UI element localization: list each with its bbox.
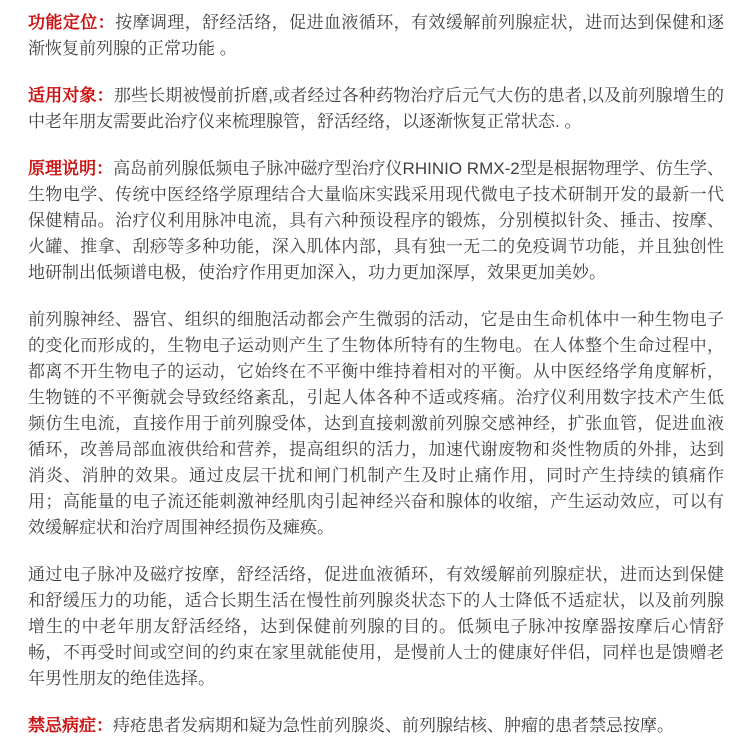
- section-text-target-users: 那些长期被慢前折磨,或者经过各种药物治疗后元气大伤的患者,以及前列腺增生的中老年…: [28, 86, 724, 131]
- section-bioelectric-mechanism: 前列腺神经、器官、组织的细胞活动都会产生微弱的活动，它是由生命机体中一种生物电子…: [28, 307, 724, 541]
- section-label-function-positioning: 功能定位：: [28, 13, 115, 32]
- section-label-target-users: 适用对象：: [28, 86, 114, 105]
- product-description-document: 功能定位：按摩调理，舒经活络，促进血液循环，有效缓解前列腺症状，进而达到保健和逐…: [0, 0, 750, 753]
- section-text-principle: 高岛前列腺低频电子脉冲磁疗型治疗仪RHINIO RMX-2型是根据物理学、仿生学…: [28, 159, 724, 282]
- section-contraindications: 禁忌病症：痔疮患者发病期和疑为急性前列腺炎、前列腺结核、肿瘤的患者禁忌按摩。: [28, 713, 724, 739]
- section-text-contraindications: 痔疮患者发病期和疑为急性前列腺炎、前列腺结核、肿瘤的患者禁忌按摩。: [113, 716, 674, 735]
- section-function-positioning: 功能定位：按摩调理，舒经活络，促进血液循环，有效缓解前列腺症状，进而达到保健和逐…: [28, 10, 724, 62]
- section-text-benefits: 通过电子脉冲及磁疗按摩，舒经活络，促进血液循环，有效缓解前列腺症状，进而达到保健…: [28, 565, 724, 688]
- section-text-bioelectric-mechanism: 前列腺神经、器官、组织的细胞活动都会产生微弱的活动，它是由生命机体中一种生物电子…: [28, 310, 724, 537]
- section-benefits: 通过电子脉冲及磁疗按摩，舒经活络，促进血液循环，有效缓解前列腺症状，进而达到保健…: [28, 562, 724, 692]
- section-principle: 原理说明：高岛前列腺低频电子脉冲磁疗型治疗仪RHINIO RMX-2型是根据物理…: [28, 156, 724, 286]
- section-target-users: 适用对象：那些长期被慢前折磨,或者经过各种药物治疗后元气大伤的患者,以及前列腺增…: [28, 83, 724, 135]
- section-text-function-positioning: 按摩调理，舒经活络，促进血液循环，有效缓解前列腺症状，进而达到保健和逐渐恢复前列…: [28, 13, 724, 58]
- section-label-contraindications: 禁忌病症：: [28, 716, 113, 735]
- section-label-principle: 原理说明：: [28, 159, 113, 178]
